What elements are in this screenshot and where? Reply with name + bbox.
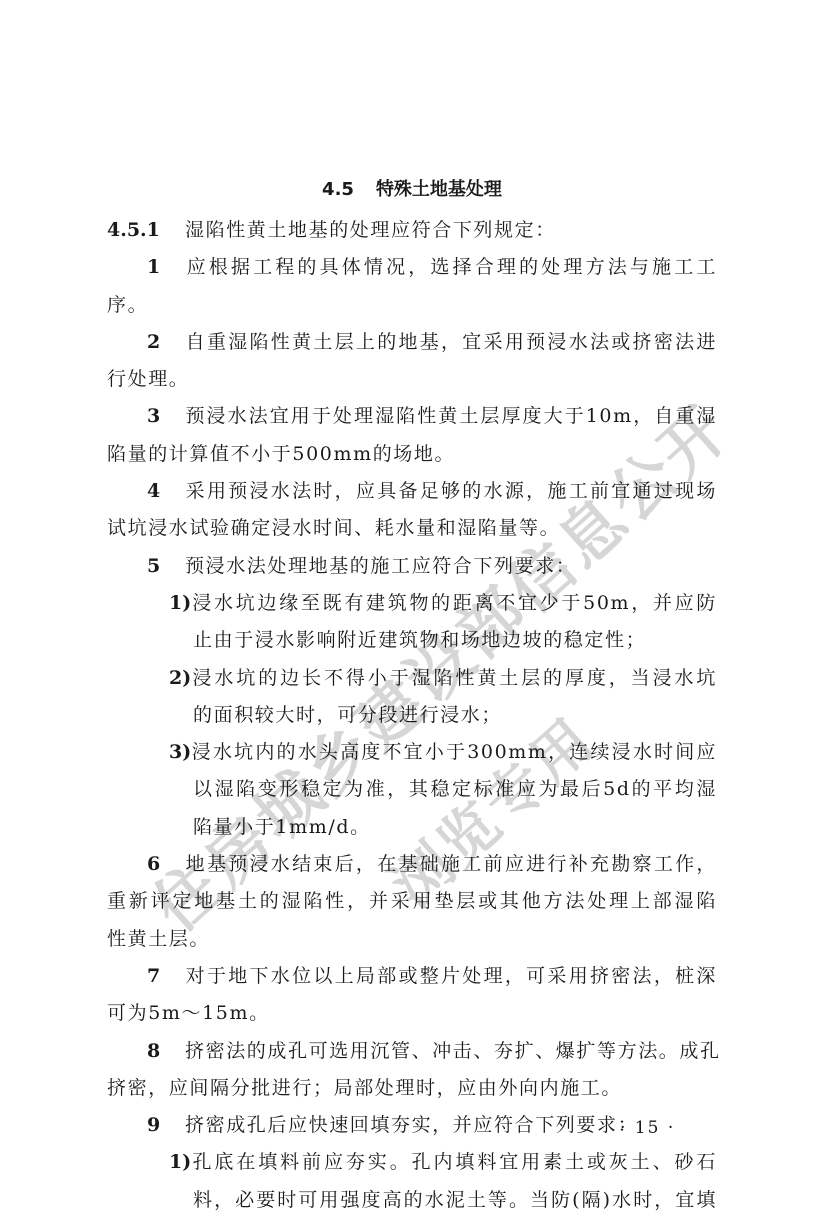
item-number: 2 (147, 324, 185, 361)
section-heading: 4.5特殊土地基处理 (107, 170, 717, 210)
item-4-line-2: 试坑浸水试验确定浸水时间、耗水量和湿陷量等。 (107, 510, 717, 547)
section-number: 4.5 (322, 179, 354, 200)
item-8-line-1: 8挤密法的成孔可选用沉管、冲击、夯扩、爆扩等方法。成孔 (107, 1033, 717, 1070)
item-9-sub-1-line-2: 料，必要时可用强度高的水泥土等。当防(隔)水时，宜填 (107, 1182, 717, 1216)
document-body: 4.5特殊土地基处理 4.5.1湿陷性黄土地基的处理应符合下列规定： 1应根据工… (107, 170, 717, 1216)
clause-line: 4.5.1湿陷性黄土地基的处理应符合下列规定： (107, 212, 717, 249)
item-5-sub-3-line-1: 3)浸水坑内的水头高度不宜小于300mm，连续浸水时间应 (107, 734, 717, 771)
item-number: 6 (147, 846, 185, 883)
item-3-line-1: 3预浸水法宜用于处理湿陷性黄土层厚度大于10m，自重湿 (107, 398, 717, 435)
section-title: 特殊土地基处理 (376, 179, 502, 200)
item-number: 5 (147, 548, 185, 585)
subitem-text: 浸水坑边缘至既有建筑物的距离不宜少于50m，并应防 (191, 592, 717, 614)
item-text: 地基预浸水结束后，在基础施工前应进行补充勘察工作， (185, 853, 717, 875)
item-8-line-2: 挤密，应间隔分批进行；局部处理时，应由外向内施工。 (107, 1070, 717, 1107)
item-5-sub-3-line-2: 以湿陷变形稳定为准，其稳定标准应为最后5d的平均湿 (107, 771, 717, 808)
item-5-sub-2-line-2: 的面积较大时，可分段进行浸水； (107, 697, 717, 734)
item-5-sub-2-line-1: 2)浸水坑的边长不得小于湿陷性黄土层的厚度，当浸水坑 (107, 660, 717, 697)
item-number: 4 (147, 473, 185, 510)
item-5-sub-3-line-3: 陷量小于1mm/d。 (107, 809, 717, 846)
item-number: 1 (147, 249, 185, 286)
item-5-sub-1-line-2: 止由于浸水影响附近建筑物和场地边坡的稳定性； (107, 622, 717, 659)
item-number: 7 (147, 958, 185, 995)
clause-text: 湿陷性黄土地基的处理应符合下列规定： (185, 219, 556, 241)
subitem-text: 浸水坑内的水头高度不宜小于300mm，连续浸水时间应 (191, 741, 717, 763)
subitem-number: 1) (169, 592, 191, 614)
item-6-line-3: 性黄土层。 (107, 921, 717, 958)
item-text: 采用预浸水法时，应具备足够的水源，施工前宜通过现场 (185, 480, 717, 502)
document-page: 住房城乡建设部信息公开 浏览专用 4.5特殊土地基处理 4.5.1湿陷性黄土地基… (0, 0, 824, 1216)
subitem-text: 孔底在填料前应夯实。孔内填料宜用素土或灰土、砂石 (191, 1151, 717, 1173)
item-1-line-2: 序。 (107, 287, 717, 324)
item-text: 挤密法的成孔可选用沉管、冲击、夯扩、爆扩等方法。成孔 (185, 1040, 721, 1062)
item-text: 预浸水法处理地基的施工应符合下列要求： (185, 555, 576, 577)
item-2-line-2: 行处理。 (107, 361, 717, 398)
subitem-number: 2) (169, 667, 191, 689)
item-2-line-1: 2自重湿陷性黄土层上的地基，宜采用预浸水法或挤密法进 (107, 324, 717, 361)
item-text: 挤密成孔后应快速回填夯实，并应符合下列要求： (185, 1114, 638, 1136)
item-number: 9 (147, 1107, 185, 1144)
item-number: 3 (147, 398, 185, 435)
item-5-sub-1-line-1: 1)浸水坑边缘至既有建筑物的距离不宜少于50m，并应防 (107, 585, 717, 622)
item-1-line-1: 1应根据工程的具体情况，选择合理的处理方法与施工工 (107, 249, 717, 286)
subitem-text: 浸水坑的边长不得小于湿陷性黄土层的厚度，当浸水坑 (191, 667, 717, 689)
item-text: 应根据工程的具体情况，选择合理的处理方法与施工工 (185, 256, 717, 278)
item-6-line-2: 重新评定地基土的湿陷性，并采用垫层或其他方法处理上部湿陷 (107, 883, 717, 920)
clause-number: 4.5.1 (107, 212, 185, 249)
item-9-sub-1-line-1: 1)孔底在填料前应夯实。孔内填料宜用素土或灰土、砂石 (107, 1144, 717, 1181)
page-number: · 15 · (620, 1118, 675, 1138)
item-text: 自重湿陷性黄土层上的地基，宜采用预浸水法或挤密法进 (185, 331, 717, 353)
item-7-line-1: 7对于地下水位以上局部或整片处理，可采用挤密法，桩深 (107, 958, 717, 995)
item-7-line-2: 可为5m～15m。 (107, 995, 717, 1032)
subitem-number: 1) (169, 1151, 191, 1173)
item-text: 预浸水法宜用于处理湿陷性黄土层厚度大于10m，自重湿 (185, 405, 717, 427)
item-6-line-1: 6地基预浸水结束后，在基础施工前应进行补充勘察工作， (107, 846, 717, 883)
item-5-line-1: 5预浸水法处理地基的施工应符合下列要求： (107, 548, 717, 585)
item-4-line-1: 4采用预浸水法时，应具备足够的水源，施工前宜通过现场 (107, 473, 717, 510)
item-number: 8 (147, 1033, 185, 1070)
subitem-number: 3) (169, 741, 191, 763)
item-text: 对于地下水位以上局部或整片处理，可采用挤密法，桩深 (185, 965, 717, 987)
item-3-line-2: 陷量的计算值不小于500mm的场地。 (107, 436, 717, 473)
